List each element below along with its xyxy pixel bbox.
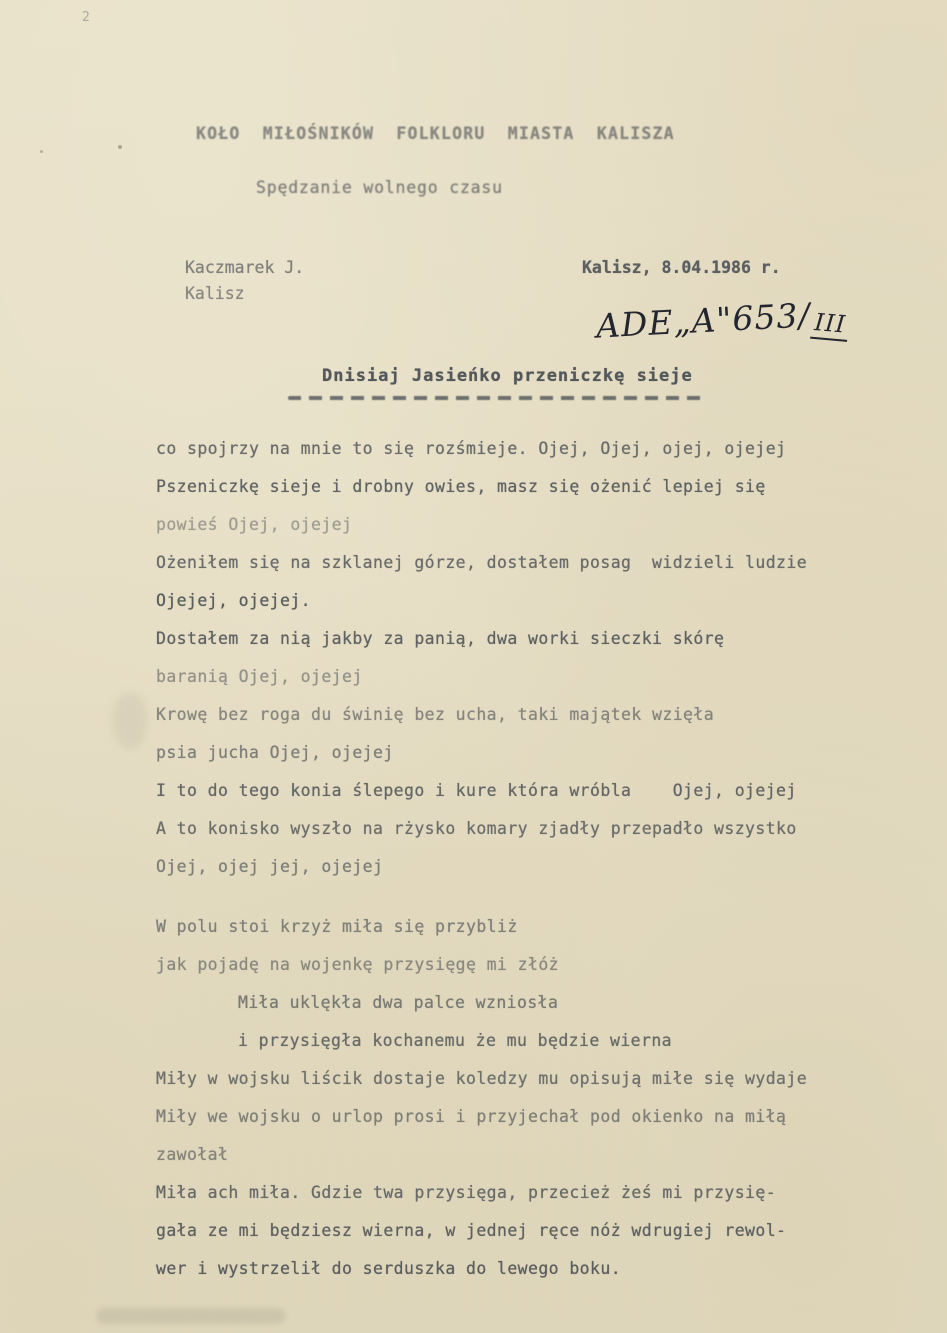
author-city: Kalisz xyxy=(185,284,245,303)
text-line: Miła ach miła. Gdzie twa przysięga, prze… xyxy=(156,1174,926,1212)
title-dashed-underline xyxy=(288,396,706,400)
archive-annotation-main: ADE„A"653/ xyxy=(595,295,811,345)
text-line: Ojej, ojej jej, ojejej xyxy=(156,848,926,886)
text-line: Pszeniczkę sieje i drobny owies, masz si… xyxy=(156,468,926,506)
paper-smudge xyxy=(112,692,148,750)
text-line: baranią Ojej, ojejej xyxy=(156,658,926,696)
text-line: wer i wystrzelił do serduszka do lewego … xyxy=(156,1250,926,1288)
author-name: Kaczmarek J. xyxy=(185,258,304,277)
dateline: Kalisz, 8.04.1986 r. xyxy=(582,258,781,277)
text-line: powieś Ojej, ojejej xyxy=(156,506,926,544)
handwritten-archive-annotation: ADE„A"653/III xyxy=(595,293,849,346)
text-line: psia jucha Ojej, ojejej xyxy=(156,734,926,772)
text-line: Ojejej, ojejej. xyxy=(156,582,926,620)
scanned-document-page: 2 KOŁO MIŁOŚNIKÓW FOLKLORU MIASTA KALISZ… xyxy=(0,0,947,1333)
text-line: co spojrzy na mnie to się rozśmieje. Oje… xyxy=(156,430,926,468)
text-line: jak pojadę na wojenkę przysięgę mi złóż xyxy=(156,946,926,984)
text-line: zawołał xyxy=(156,1136,926,1174)
text-line: Miły we wojsku o urlop prosi i przyjecha… xyxy=(156,1098,926,1136)
faint-page-number: 2 xyxy=(82,10,90,25)
text-line: gała ze mi będziesz wierna, w jednej ręc… xyxy=(156,1212,926,1250)
document-subtitle: Spędzanie wolnego czasu xyxy=(256,178,503,197)
paper-speck xyxy=(40,150,43,153)
paper-speck xyxy=(118,145,122,149)
organization-header: KOŁO MIŁOŚNIKÓW FOLKLORU MIASTA KALISZA xyxy=(196,124,675,143)
text-line: Dostałem za nią jakby za panią, dwa work… xyxy=(156,620,926,658)
text-line: A to konisko wyszło na rżysko komary zja… xyxy=(156,810,926,848)
text-line: i przysięgła kochanemu że mu będzie wier… xyxy=(156,1022,926,1060)
ink-bleedthrough-mark xyxy=(96,1308,286,1324)
archive-annotation-roman-numeral: III xyxy=(810,308,850,342)
text-line: Krowę bez roga du świnię bez ucha, taki … xyxy=(156,696,926,734)
text-line: W polu stoi krzyż miła się przybliż xyxy=(156,908,926,946)
song-text: co spojrzy na mnie to się rozśmieje. Oje… xyxy=(156,430,926,1288)
song-title: Dnisiaj Jasieńko przeniczkę sieje xyxy=(322,366,693,386)
text-line: I to do tego konia ślepego i kure która … xyxy=(156,772,926,810)
text-line: Miła uklękła dwa palce wzniosła xyxy=(156,984,926,1022)
text-line: Miły w wojsku liścik dostaje koledzy mu … xyxy=(156,1060,926,1098)
text-line: Ożeniłem się na szklanej górze, dostałem… xyxy=(156,544,926,582)
